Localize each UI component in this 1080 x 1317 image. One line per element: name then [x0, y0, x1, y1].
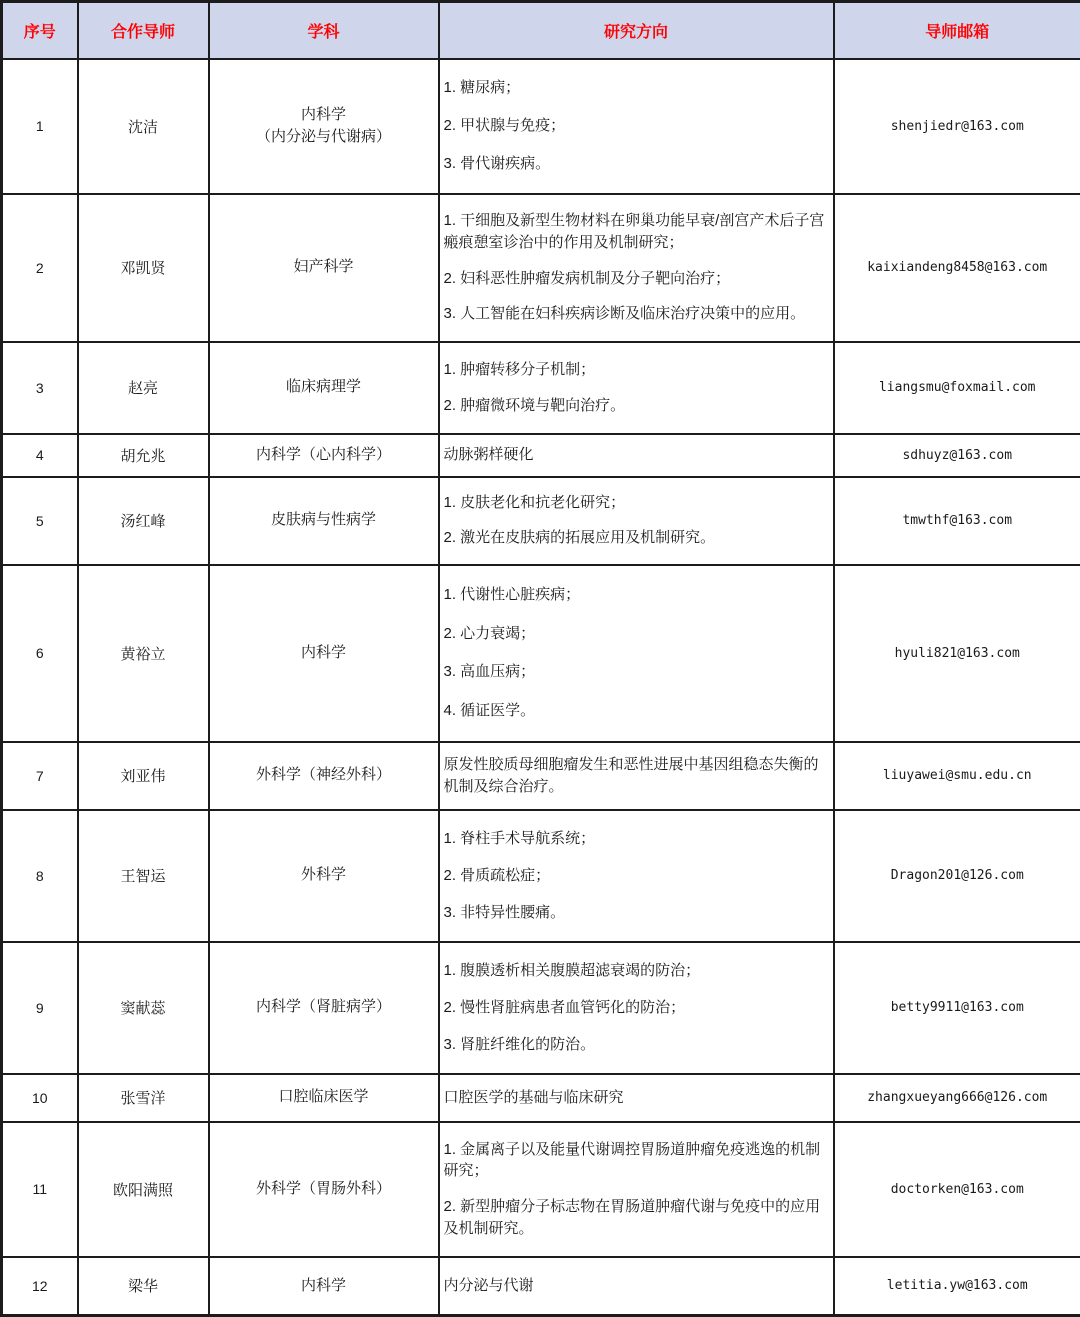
mentor-name: 王智运 — [78, 810, 209, 942]
row-index: 2 — [2, 194, 78, 342]
table-row: 1沈洁内科学 （内分泌与代谢病）1. 糖尿病；2. 甲状腺与免疫；3. 骨代谢疾… — [2, 59, 1080, 194]
research-directions: 1. 脊柱手术导航系统；2. 骨质疏松症；3. 非特异性腰痛。 — [439, 810, 834, 942]
research-item: 1. 皮肤老化和抗老化研究； — [444, 492, 829, 514]
research-list: 1. 肿瘤转移分子机制；2. 肿瘤微环境与靶向治疗。 — [440, 343, 833, 433]
mentor-name: 赵亮 — [78, 342, 209, 434]
research-directions: 1. 肿瘤转移分子机制；2. 肿瘤微环境与靶向治疗。 — [439, 342, 834, 434]
research-item: 3. 高血压病； — [444, 661, 829, 683]
research-item: 3. 肾脏纤维化的防治。 — [444, 1034, 829, 1056]
research-item: 原发性胶质母细胞瘤发生和恶性进展中基因组稳态失衡的机制及综合治疗。 — [444, 754, 829, 798]
discipline: 外科学（胃肠外科） — [209, 1122, 439, 1257]
discipline: 外科学（神经外科） — [209, 742, 439, 810]
row-index: 8 — [2, 810, 78, 942]
research-directions: 1. 皮肤老化和抗老化研究；2. 激光在皮肤病的拓展应用及机制研究。 — [439, 477, 834, 565]
research-item: 2. 甲状腺与免疫； — [444, 115, 829, 137]
mentor-email: hyuli821@163.com — [834, 565, 1080, 742]
mentor-email: letitia.yw@163.com — [834, 1257, 1080, 1316]
row-index: 10 — [2, 1074, 78, 1122]
discipline: 内科学（肾脏病学） — [209, 942, 439, 1074]
mentor-name: 胡允兆 — [78, 434, 209, 477]
research-directions: 口腔医学的基础与临床研究 — [439, 1074, 834, 1122]
mentor-name: 张雪洋 — [78, 1074, 209, 1122]
mentor-email: kaixiandeng8458@163.com — [834, 194, 1080, 342]
mentor-email: sdhuyz@163.com — [834, 434, 1080, 477]
mentor-name: 欧阳满照 — [78, 1122, 209, 1257]
research-directions: 1. 腹膜透析相关腹膜超滤衰竭的防治；2. 慢性肾脏病患者血管钙化的防治；3. … — [439, 942, 834, 1074]
research-list: 1. 腹膜透析相关腹膜超滤衰竭的防治；2. 慢性肾脏病患者血管钙化的防治；3. … — [440, 943, 833, 1073]
discipline: 内科学 — [209, 1257, 439, 1316]
col-header-email: 导师邮箱 — [834, 2, 1080, 59]
research-item: 2. 肿瘤微环境与靶向治疗。 — [444, 395, 829, 417]
research-list: 1. 糖尿病；2. 甲状腺与免疫；3. 骨代谢疾病。 — [440, 60, 833, 193]
mentor-table: 序号合作导师学科研究方向导师邮箱 1沈洁内科学 （内分泌与代谢病）1. 糖尿病；… — [0, 0, 1080, 1317]
mentor-email: liuyawei@smu.edu.cn — [834, 742, 1080, 810]
mentor-name: 黄裕立 — [78, 565, 209, 742]
row-index: 9 — [2, 942, 78, 1074]
table-row: 5汤红峰皮肤病与性病学1. 皮肤老化和抗老化研究；2. 激光在皮肤病的拓展应用及… — [2, 477, 1080, 565]
research-list: 1. 皮肤老化和抗老化研究；2. 激光在皮肤病的拓展应用及机制研究。 — [440, 478, 833, 564]
table-row: 2邓凯贤妇产科学1. 干细胞及新型生物材料在卵巢功能早衰/剖宫产术后子宫瘢痕憩室… — [2, 194, 1080, 342]
col-header-discipline: 学科 — [209, 2, 439, 59]
discipline: 内科学（心内科学） — [209, 434, 439, 477]
table-row: 3赵亮临床病理学1. 肿瘤转移分子机制；2. 肿瘤微环境与靶向治疗。liangs… — [2, 342, 1080, 434]
research-item: 动脉粥样硬化 — [444, 444, 829, 466]
mentor-email: doctorken@163.com — [834, 1122, 1080, 1257]
research-item: 2. 激光在皮肤病的拓展应用及机制研究。 — [444, 527, 829, 549]
research-list: 原发性胶质母细胞瘤发生和恶性进展中基因组稳态失衡的机制及综合治疗。 — [440, 743, 833, 809]
research-item: 4. 循证医学。 — [444, 700, 829, 722]
research-item: 3. 人工智能在妇科疾病诊断及临床治疗决策中的应用。 — [444, 303, 829, 325]
row-index: 4 — [2, 434, 78, 477]
research-directions: 1. 代谢性心脏疾病；2. 心力衰竭；3. 高血压病；4. 循证医学。 — [439, 565, 834, 742]
research-item: 3. 非特异性腰痛。 — [444, 902, 829, 924]
research-item: 1. 肿瘤转移分子机制； — [444, 359, 829, 381]
row-index: 1 — [2, 59, 78, 194]
research-directions: 1. 干细胞及新型生物材料在卵巢功能早衰/剖宫产术后子宫瘢痕憩室诊治中的作用及机… — [439, 194, 834, 342]
research-directions: 原发性胶质母细胞瘤发生和恶性进展中基因组稳态失衡的机制及综合治疗。 — [439, 742, 834, 810]
discipline: 临床病理学 — [209, 342, 439, 434]
table-row: 8王智运外科学1. 脊柱手术导航系统；2. 骨质疏松症；3. 非特异性腰痛。Dr… — [2, 810, 1080, 942]
mentor-email: betty9911@163.com — [834, 942, 1080, 1074]
research-item: 2. 新型肿瘤分子标志物在胃肠道肿瘤代谢与免疫中的应用及机制研究。 — [444, 1196, 829, 1240]
research-item: 1. 代谢性心脏疾病； — [444, 584, 829, 606]
research-list: 1. 脊柱手术导航系统；2. 骨质疏松症；3. 非特异性腰痛。 — [440, 811, 833, 941]
discipline: 外科学 — [209, 810, 439, 942]
mentor-email: liangsmu@foxmail.com — [834, 342, 1080, 434]
mentor-email: tmwthf@163.com — [834, 477, 1080, 565]
row-index: 12 — [2, 1257, 78, 1316]
research-list: 1. 代谢性心脏疾病；2. 心力衰竭；3. 高血压病；4. 循证医学。 — [440, 566, 833, 741]
research-item: 1. 腹膜透析相关腹膜超滤衰竭的防治； — [444, 960, 829, 982]
col-header-index: 序号 — [2, 2, 78, 59]
research-item: 口腔医学的基础与临床研究 — [444, 1087, 829, 1109]
research-directions: 内分泌与代谢 — [439, 1257, 834, 1316]
research-item: 3. 骨代谢疾病。 — [444, 153, 829, 175]
row-index: 11 — [2, 1122, 78, 1257]
table-row: 11欧阳满照外科学（胃肠外科）1. 金属离子以及能量代谢调控胃肠道肿瘤免疫逃逸的… — [2, 1122, 1080, 1257]
discipline: 皮肤病与性病学 — [209, 477, 439, 565]
table-row: 6黄裕立内科学1. 代谢性心脏疾病；2. 心力衰竭；3. 高血压病；4. 循证医… — [2, 565, 1080, 742]
col-header-research: 研究方向 — [439, 2, 834, 59]
table-body: 1沈洁内科学 （内分泌与代谢病）1. 糖尿病；2. 甲状腺与免疫；3. 骨代谢疾… — [2, 59, 1080, 1316]
mentor-name: 窦献蕊 — [78, 942, 209, 1074]
table-row: 7刘亚伟外科学（神经外科）原发性胶质母细胞瘤发生和恶性进展中基因组稳态失衡的机制… — [2, 742, 1080, 810]
research-list: 动脉粥样硬化 — [440, 435, 833, 476]
research-item: 内分泌与代谢 — [444, 1275, 829, 1297]
research-item: 1. 脊柱手术导航系统； — [444, 828, 829, 850]
research-item: 1. 金属离子以及能量代谢调控胃肠道肿瘤免疫逃逸的机制研究； — [444, 1139, 829, 1183]
row-index: 3 — [2, 342, 78, 434]
research-list: 1. 金属离子以及能量代谢调控胃肠道肿瘤免疫逃逸的机制研究；2. 新型肿瘤分子标… — [440, 1123, 833, 1256]
row-index: 7 — [2, 742, 78, 810]
discipline: 妇产科学 — [209, 194, 439, 342]
mentor-name: 沈洁 — [78, 59, 209, 194]
research-item: 2. 慢性肾脏病患者血管钙化的防治； — [444, 997, 829, 1019]
mentor-name: 刘亚伟 — [78, 742, 209, 810]
mentor-name: 汤红峰 — [78, 477, 209, 565]
table-row: 9窦献蕊内科学（肾脏病学）1. 腹膜透析相关腹膜超滤衰竭的防治；2. 慢性肾脏病… — [2, 942, 1080, 1074]
page: 序号合作导师学科研究方向导师邮箱 1沈洁内科学 （内分泌与代谢病）1. 糖尿病；… — [0, 0, 1080, 1314]
table-row: 10张雪洋口腔临床医学口腔医学的基础与临床研究zhangxueyang666@1… — [2, 1074, 1080, 1122]
research-item: 2. 妇科恶性肿瘤发病机制及分子靶向治疗； — [444, 268, 829, 290]
research-list: 口腔医学的基础与临床研究 — [440, 1075, 833, 1121]
research-directions: 动脉粥样硬化 — [439, 434, 834, 477]
row-index: 6 — [2, 565, 78, 742]
mentor-email: shenjiedr@163.com — [834, 59, 1080, 194]
mentor-name: 梁华 — [78, 1257, 209, 1316]
table-row: 12梁华内科学内分泌与代谢letitia.yw@163.com — [2, 1257, 1080, 1316]
table-row: 4胡允兆内科学（心内科学）动脉粥样硬化sdhuyz@163.com — [2, 434, 1080, 477]
research-item: 1. 干细胞及新型生物材料在卵巢功能早衰/剖宫产术后子宫瘢痕憩室诊治中的作用及机… — [444, 210, 829, 254]
col-header-mentor: 合作导师 — [78, 2, 209, 59]
research-list: 内分泌与代谢 — [440, 1258, 833, 1315]
research-item: 2. 骨质疏松症； — [444, 865, 829, 887]
research-directions: 1. 金属离子以及能量代谢调控胃肠道肿瘤免疫逃逸的机制研究；2. 新型肿瘤分子标… — [439, 1122, 834, 1257]
research-item: 2. 心力衰竭； — [444, 623, 829, 645]
research-list: 1. 干细胞及新型生物材料在卵巢功能早衰/剖宫产术后子宫瘢痕憩室诊治中的作用及机… — [440, 195, 833, 341]
research-directions: 1. 糖尿病；2. 甲状腺与免疫；3. 骨代谢疾病。 — [439, 59, 834, 194]
header-row: 序号合作导师学科研究方向导师邮箱 — [2, 2, 1080, 59]
mentor-email: Dragon201@126.com — [834, 810, 1080, 942]
discipline: 内科学 — [209, 565, 439, 742]
row-index: 5 — [2, 477, 78, 565]
mentor-email: zhangxueyang666@126.com — [834, 1074, 1080, 1122]
discipline: 口腔临床医学 — [209, 1074, 439, 1122]
mentor-name: 邓凯贤 — [78, 194, 209, 342]
discipline: 内科学 （内分泌与代谢病） — [209, 59, 439, 194]
research-item: 1. 糖尿病； — [444, 77, 829, 99]
